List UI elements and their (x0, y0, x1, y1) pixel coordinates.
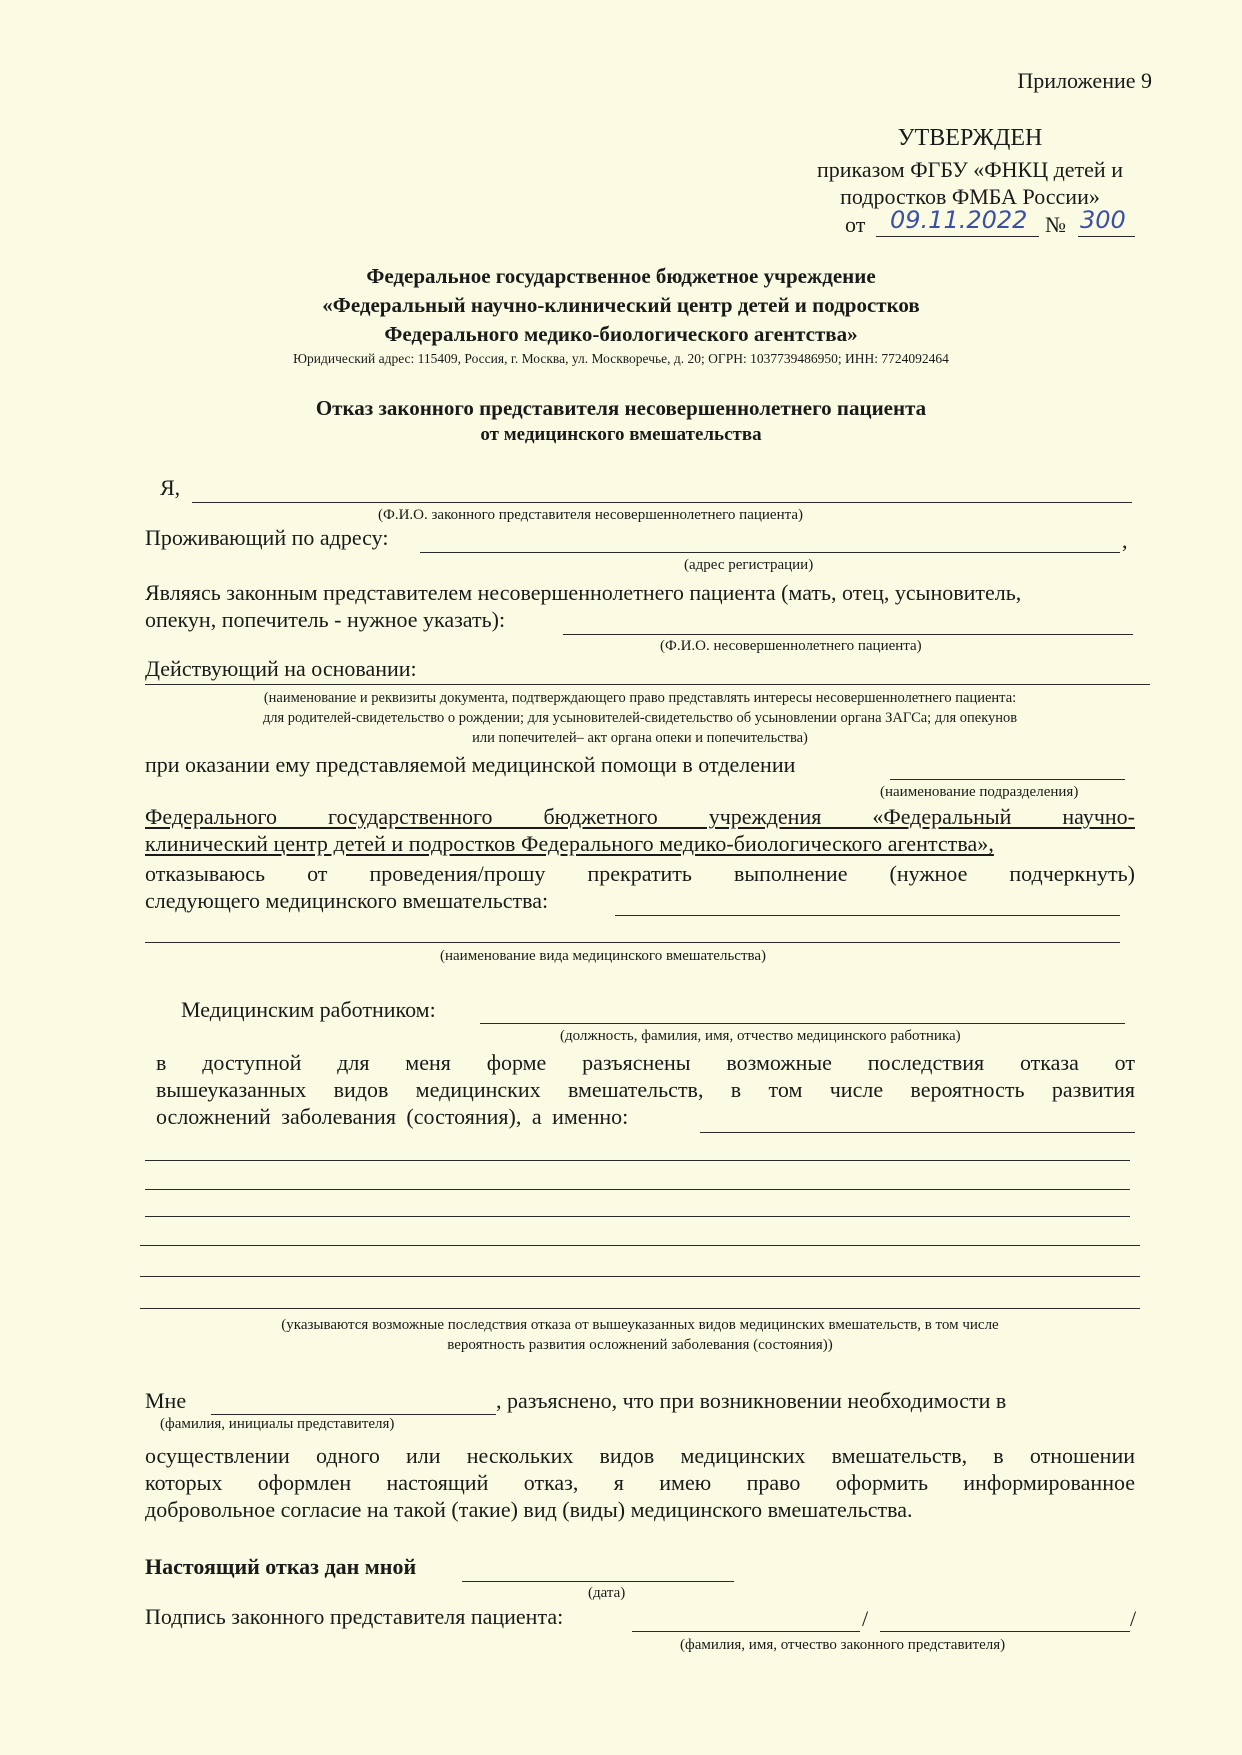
appendix-label: Приложение 9 (1017, 68, 1152, 94)
address-underline (420, 552, 1120, 553)
explained-line-3: осложнений заболевания (состояния), а им… (156, 1104, 628, 1130)
representative-status-line-2: опекун, попечитель - нужное указать): (145, 607, 505, 633)
explained-to-underline (211, 1414, 496, 1415)
intervention-field-2[interactable] (145, 915, 1120, 943)
department-hint: (наименование подразделения) (880, 784, 1078, 801)
explained-line-2: вышеуказанных видов медицинских вмешател… (156, 1077, 1135, 1103)
body-institution-line-1: Федерального государственного бюджетного… (145, 804, 1135, 830)
refusal-statement: отказываюсь от проведения/прошу прекрати… (145, 861, 1135, 887)
order-line-1: приказом ФГБУ «ФНКЦ детей и (760, 157, 1180, 183)
consequences-underline-4 (145, 1216, 1130, 1217)
institution-line-3: Федерального медико-биологического агент… (0, 321, 1242, 347)
order-number-prefix: № (1045, 212, 1066, 238)
document-title-line-2: от медицинского вмешательства (0, 422, 1242, 448)
explained-to-text: , разъяснено, что при возникновении необ… (496, 1388, 1006, 1414)
basis-field[interactable] (145, 656, 1150, 684)
department-label: при оказании ему представляемой медицинс… (145, 752, 795, 778)
medical-worker-underline (480, 1023, 1125, 1024)
institution-legal-info: Юридический адрес: 115409, Россия, г. Мо… (0, 350, 1242, 367)
representative-name-field[interactable] (192, 474, 1132, 502)
consequences-underline-3 (145, 1189, 1130, 1190)
intervention-hint: (наименование вида медицинского вмешател… (440, 948, 766, 965)
signature-fullname-field[interactable] (880, 1603, 1130, 1631)
minor-patient-name-hint: (Ф.И.О. несовершеннолетнего пациента) (660, 638, 922, 655)
order-number-underline (1078, 236, 1135, 237)
medical-worker-field[interactable] (480, 996, 1125, 1024)
signature-underline (632, 1631, 860, 1632)
consequences-underline-7 (140, 1308, 1140, 1309)
consequences-underline-5 (140, 1245, 1140, 1246)
medical-worker-hint: (должность, фамилия, имя, отчество медиц… (560, 1028, 961, 1045)
order-date-underline (876, 236, 1039, 237)
address-comma: , (1122, 528, 1128, 554)
intervention-field-1[interactable] (615, 887, 1120, 915)
explained-to-field[interactable] (211, 1387, 496, 1415)
right-line-1: осуществлении одного или нескольких видо… (145, 1443, 1135, 1469)
right-line-3: добровольное согласие на такой (такие) в… (145, 1497, 913, 1523)
basis-underline (145, 684, 1150, 685)
basis-hint-line-2: для родителей-свидетельство о рождении; … (130, 710, 1150, 727)
department-underline (890, 779, 1125, 780)
signature-slash-1: / (862, 1606, 868, 1632)
explained-line-1: в доступной для меня форме разъяснены во… (156, 1050, 1135, 1076)
representative-name-underline (192, 502, 1132, 503)
intervention-underline-2 (145, 942, 1120, 943)
explained-to-label: Мне (145, 1388, 186, 1414)
refusal-date-underline (462, 1581, 734, 1582)
medical-worker-label: Медицинским работником: (181, 997, 436, 1023)
signature-slash-2: / (1130, 1606, 1136, 1632)
body-institution-line-2: клинический центр детей и подростков Фед… (145, 831, 994, 857)
signature-fullname-underline (880, 1631, 1130, 1632)
consequences-underline-2 (145, 1160, 1130, 1161)
intervention-label: следующего медицинского вмешательства: (145, 888, 548, 914)
department-field[interactable] (890, 751, 1125, 779)
address-label: Проживающий по адресу: (145, 525, 388, 551)
approved-heading: УТВЕРЖДЕН (780, 125, 1160, 151)
basis-hint-line-1: (наименование и реквизиты документа, под… (130, 690, 1150, 707)
signature-field[interactable] (632, 1603, 860, 1631)
right-line-2: которых оформлен настоящий отказ, я имею… (145, 1470, 1135, 1496)
representative-status-line-1: Являясь законным представителем несоверш… (145, 580, 1021, 606)
consequences-field[interactable] (700, 1104, 1135, 1132)
document-title-line-1: Отказ законного представителя несовершен… (0, 395, 1242, 421)
refusal-date-field[interactable] (462, 1553, 734, 1581)
explained-to-hint: (фамилия, инициалы представителя) (160, 1416, 394, 1433)
representative-name-hint: (Ф.И.О. законного представителя несоверш… (378, 507, 803, 524)
consequences-hint-line-1: (указываются возможные последствия отказ… (130, 1317, 1150, 1334)
address-hint: (адрес регистрации) (684, 557, 813, 574)
basis-hint-line-3: или попечителей– акт органа опеки и попе… (130, 730, 1150, 747)
signature-label: Подпись законного представителя пациента… (145, 1604, 563, 1630)
consequences-hint-line-2: вероятность развития осложнений заболева… (130, 1337, 1150, 1354)
institution-line-2: «Федеральный научно-клинический центр де… (0, 292, 1242, 318)
order-date-value: 09.11.2022 (890, 206, 1027, 234)
order-date-prefix: от (845, 212, 865, 238)
minor-patient-name-field[interactable] (563, 606, 1133, 634)
address-field[interactable] (420, 524, 1120, 552)
signature-hint: (фамилия, имя, отчество законного предст… (680, 1637, 1005, 1654)
refusal-given-label: Настоящий отказ дан мной (145, 1554, 416, 1580)
minor-patient-name-underline (563, 634, 1133, 635)
consequences-underline-1 (700, 1132, 1135, 1133)
order-number-value: 300 (1080, 206, 1126, 234)
institution-line-1: Федеральное государственное бюджетное уч… (0, 263, 1242, 289)
refusal-date-hint: (дата) (588, 1585, 625, 1602)
consequences-underline-6 (140, 1276, 1140, 1277)
representative-name-label: Я, (160, 475, 180, 501)
